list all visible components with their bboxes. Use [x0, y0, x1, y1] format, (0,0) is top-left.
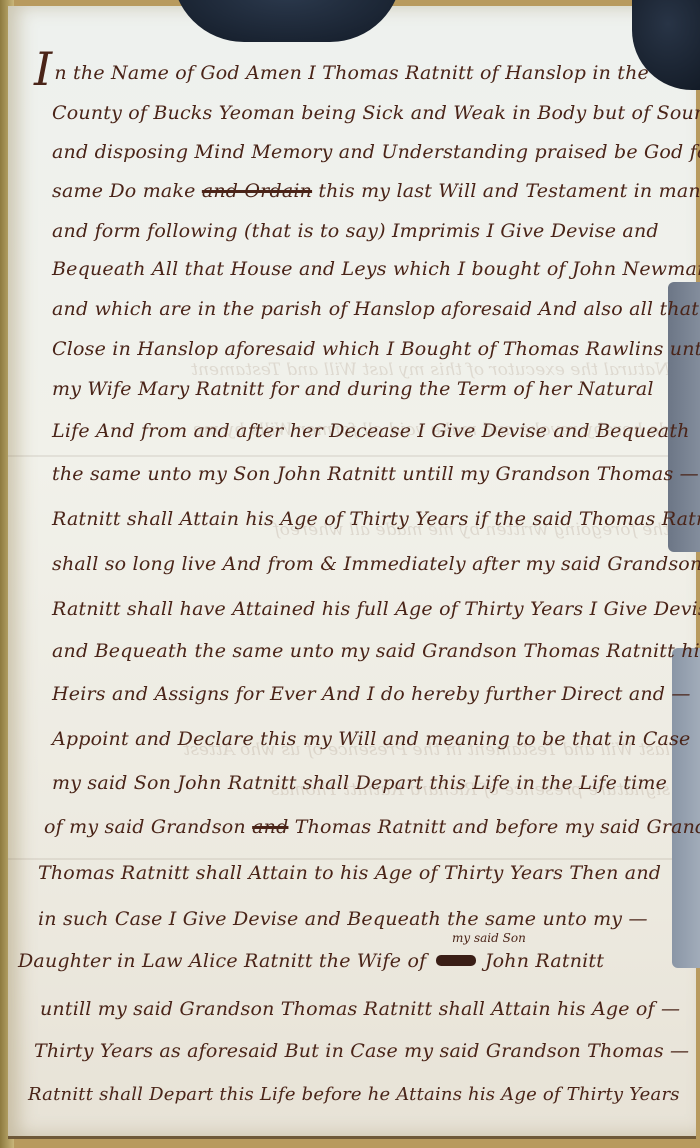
text-line-4: same Do make and Ordain this my last Wil…	[52, 180, 700, 202]
struck-text: and Ordain	[202, 180, 312, 202]
text-line-23: untill my said Grandson Thomas Ratnitt s…	[40, 998, 680, 1020]
text-line-16: Heirs and Assigns for Ever And I do here…	[52, 683, 691, 705]
text-line-11: the same unto my Son John Ratnitt untill…	[52, 463, 699, 485]
interlineation: my said Son	[452, 931, 526, 945]
text-line-5: and form following (that is to say) Impr…	[52, 220, 659, 242]
text-line-10: Life And from and after her Decease I Gi…	[52, 420, 690, 442]
text-line-8: Close in Hanslop aforesaid which I Bough…	[52, 338, 700, 360]
text-line-3: and disposing Mind Memory and Understand…	[52, 141, 700, 163]
text-line-24: Thirty Years as aforesaid But in Case my…	[34, 1040, 689, 1062]
text-line-1: In the Name of God Amen I Thomas Ratnitt…	[34, 46, 649, 92]
text-line-20: Thomas Ratnitt shall Attain to his Age o…	[38, 862, 661, 884]
will-text: In the Name of God Amen I Thomas Ratnitt…	[0, 0, 700, 1148]
struck-text: and	[252, 816, 288, 838]
text-line-15: and Bequeath the same unto my said Grand…	[52, 640, 700, 662]
text-line-6: Bequeath All that House and Leys which I…	[52, 258, 700, 280]
text-line-9: my Wife Mary Ratnitt for and during the …	[52, 378, 654, 400]
text-line-7: and which are in the parish of Hanslop a…	[52, 298, 699, 320]
text-line-13: shall so long live And from & Immediatel…	[52, 553, 700, 575]
text-line-22: Daughter in Law Alice Ratnitt the Wife o…	[18, 950, 604, 972]
text-line-17: Appoint and Declare this my Will and mea…	[52, 728, 690, 750]
ink-blot-deletion	[436, 955, 476, 966]
drop-cap: I	[34, 42, 52, 96]
text-line-18: my said Son John Ratnitt shall Depart th…	[52, 772, 667, 794]
text-line-19: of my said Grandson and Thomas Ratnitt a…	[44, 816, 700, 838]
text-line-14: Ratnitt shall have Attained his full Age…	[52, 598, 700, 620]
text-line-21: in such Case I Give Devise and Bequeath …	[38, 908, 648, 930]
text-line-25: Ratnitt shall Depart this Life before he…	[28, 1084, 680, 1105]
text-line-12: Ratnitt shall Attain his Age of Thirty Y…	[52, 508, 700, 530]
text-line-2: County of Bucks Yeoman being Sick and We…	[52, 102, 700, 124]
